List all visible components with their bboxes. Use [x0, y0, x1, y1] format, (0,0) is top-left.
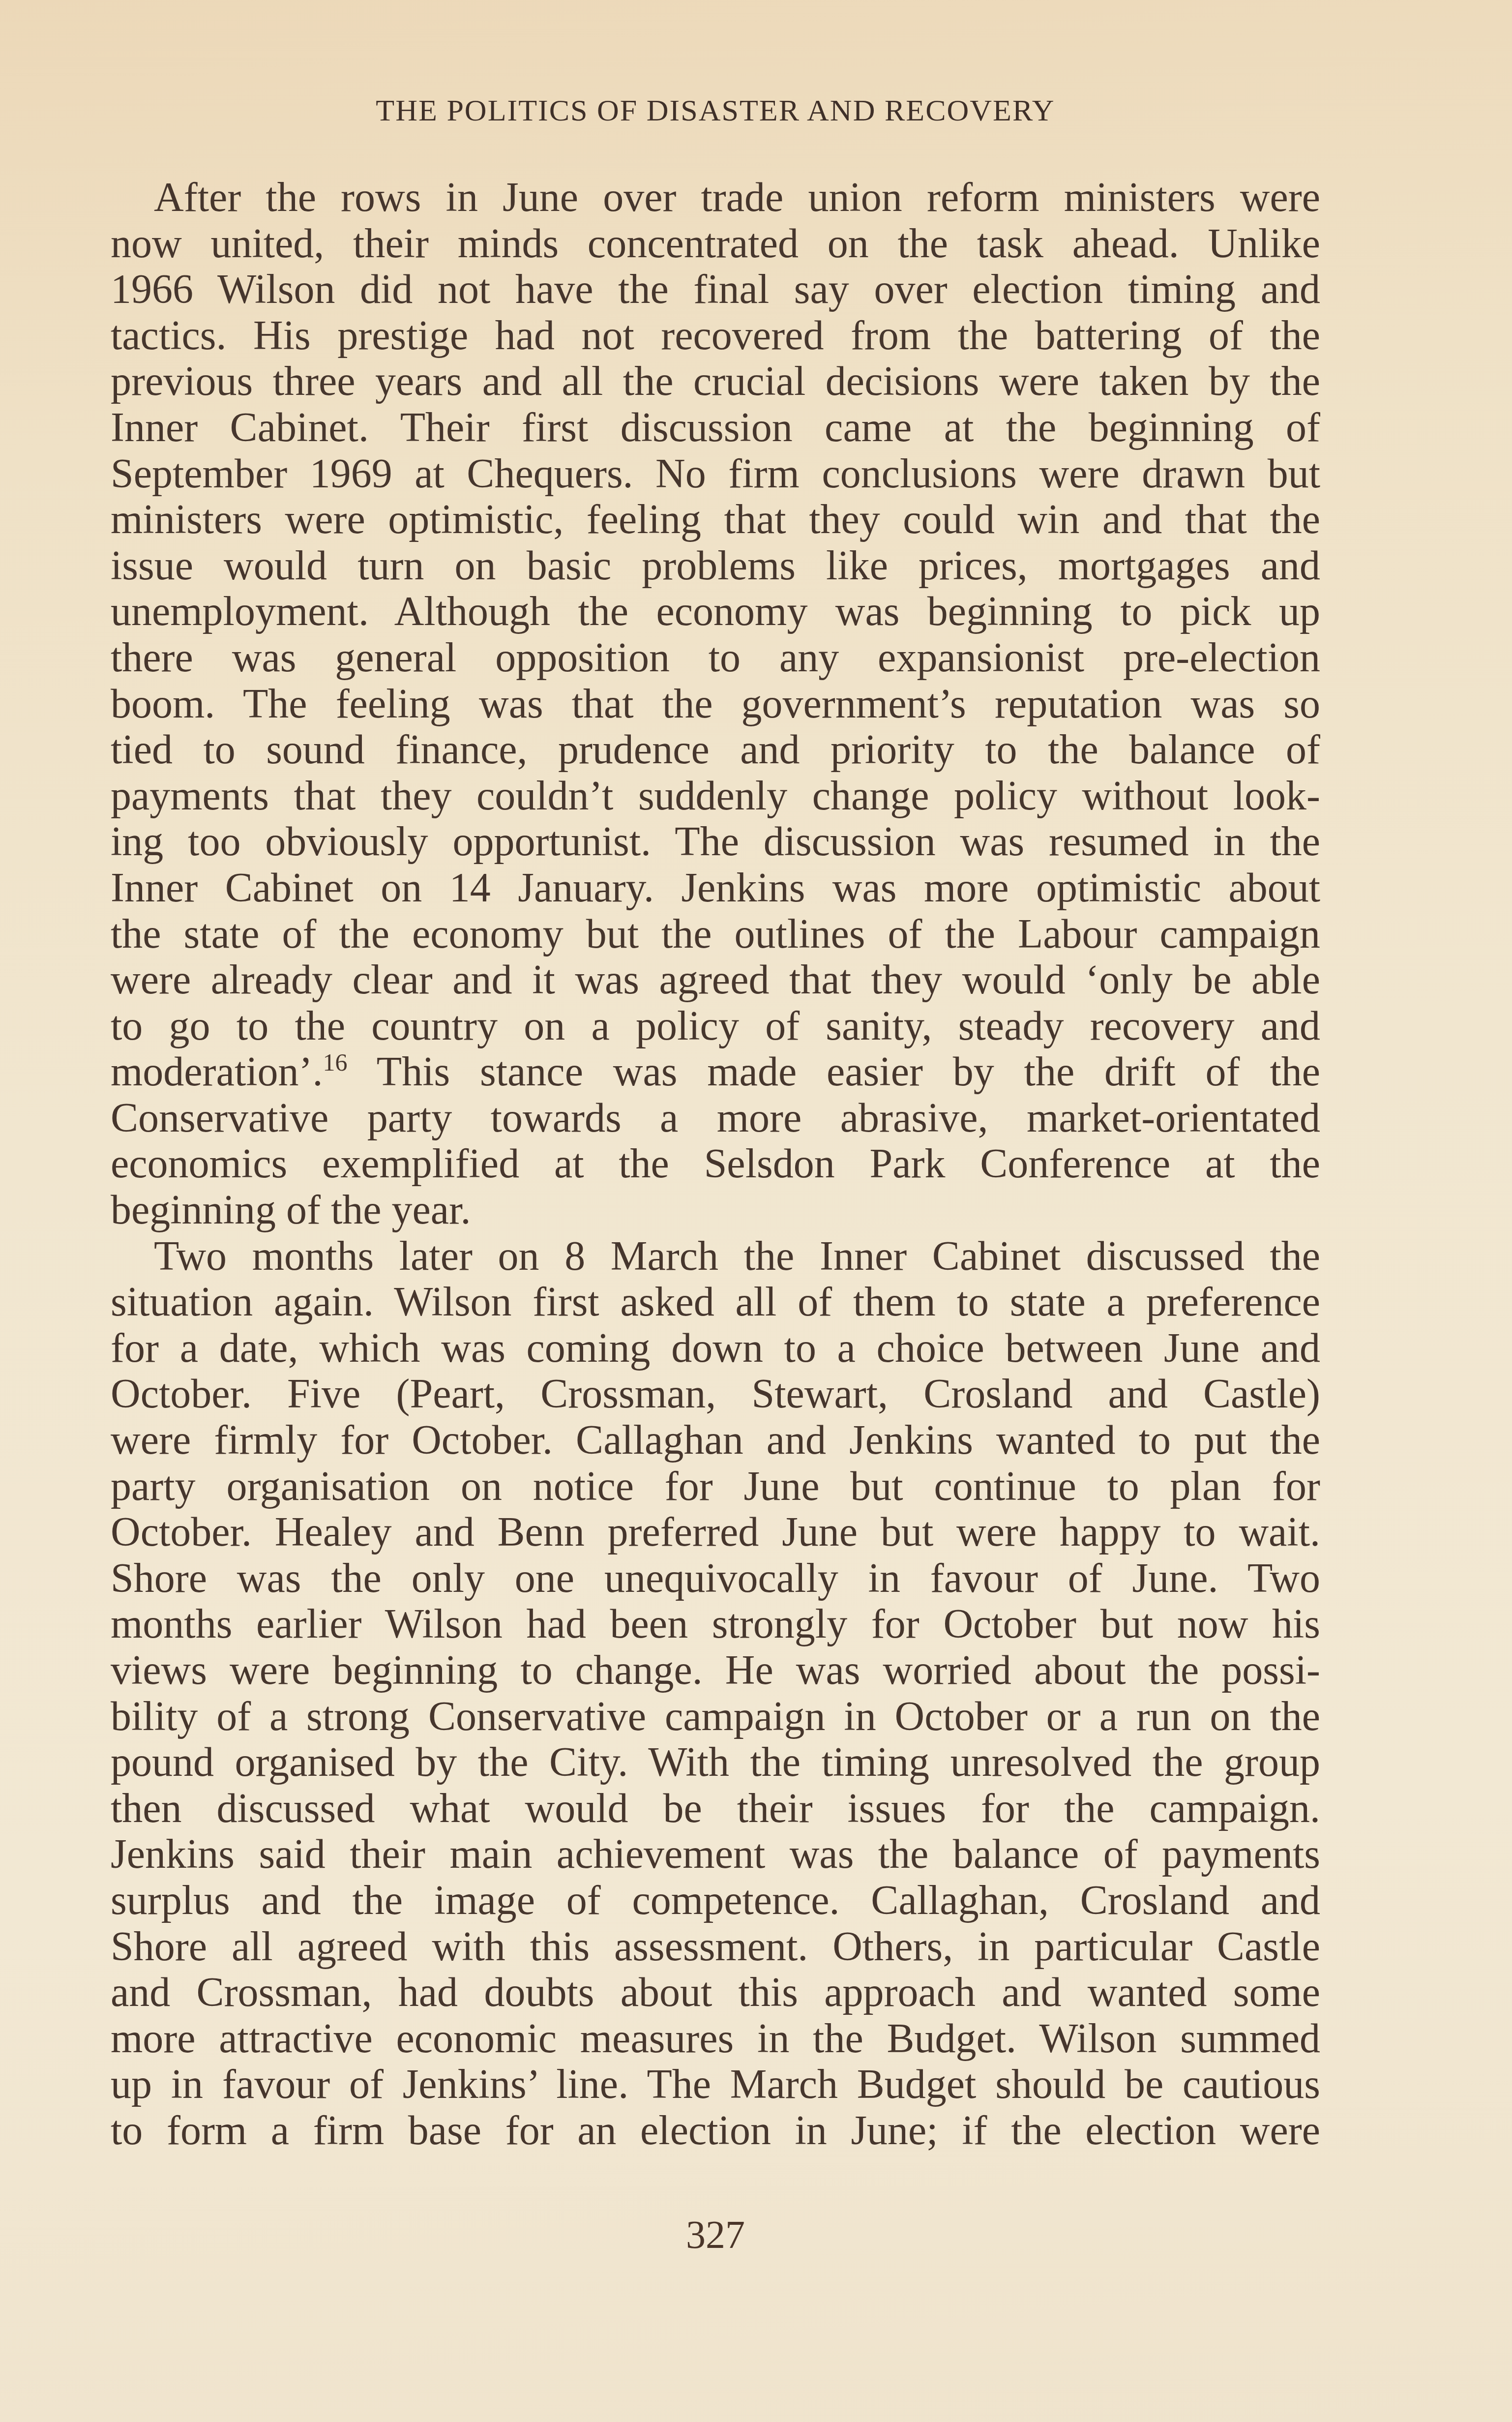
text-line: October. Healey and Benn preferred June … — [111, 1509, 1320, 1555]
text-line: were firmly for October. Callaghan and J… — [111, 1417, 1320, 1464]
text-line: September 1969 at Chequers. No firm conc… — [111, 451, 1320, 497]
text-line: more attractive economic measures in the… — [111, 2016, 1320, 2062]
text-line: After the rows in June over trade union … — [111, 175, 1320, 221]
paragraph-2: Two months later on 8 March the Inner Ca… — [111, 1233, 1320, 2154]
text-line: then discussed what would be their issue… — [111, 1786, 1320, 1832]
text-line: Jenkins said their main achievement was … — [111, 1831, 1320, 1878]
text-line: Inner Cabinet on 14 January. Jenkins was… — [111, 865, 1320, 911]
text-line: to form a firm base for an election in J… — [111, 2108, 1320, 2154]
text-line: previous three years and all the crucial… — [111, 359, 1320, 405]
text-line: were already clear and it was agreed tha… — [111, 957, 1320, 1003]
text-line: ing too obviously opportunist. The discu… — [111, 819, 1320, 865]
body-text: After the rows in June over trade union … — [111, 175, 1320, 2154]
text-line: Shore all agreed with this assessment. O… — [111, 1924, 1320, 1970]
text-line: the state of the economy but the outline… — [111, 911, 1320, 957]
text-line: there was general opposition to any expa… — [111, 635, 1320, 681]
text-line: situation again. Wilson first asked all … — [111, 1279, 1320, 1325]
text-line: Conservative party towards a more abrasi… — [111, 1095, 1320, 1141]
text-line: ministers were optimistic, feeling that … — [111, 497, 1320, 543]
text-line: pound organised by the City. With the ti… — [111, 1739, 1320, 1786]
text-line: Inner Cabinet. Their first discussion ca… — [111, 405, 1320, 451]
text-line: bility of a strong Conservative campaign… — [111, 1694, 1320, 1740]
text-line: 1966 Wilson did not have the final say o… — [111, 267, 1320, 313]
text-line: to go to the country on a policy of sani… — [111, 1003, 1320, 1049]
text-line: views were beginning to change. He was w… — [111, 1647, 1320, 1694]
text-line: unemployment. Although the economy was b… — [111, 589, 1320, 635]
book-page: THE POLITICS OF DISASTER AND RECOVERY Af… — [111, 0, 1320, 2422]
text-line: tactics. His prestige had not recovered … — [111, 313, 1320, 359]
text-line-with-footnote: moderation’.16 This stance was made easi… — [111, 1049, 1320, 1095]
text-line: payments that they couldn’t suddenly cha… — [111, 773, 1320, 819]
text-line: now united, their minds concentrated on … — [111, 221, 1320, 267]
text-line: and Crossman, had doubts about this appr… — [111, 1970, 1320, 2016]
footnote-reference: 16 — [323, 1048, 348, 1076]
continued-text: This stance was made easier by the drift… — [348, 1049, 1320, 1095]
running-header: THE POLITICS OF DISASTER AND RECOVERY — [111, 93, 1320, 128]
text-line: boom. The feeling was that the governmen… — [111, 681, 1320, 727]
text-line: party organisation on notice for June bu… — [111, 1464, 1320, 1510]
text-line: Shore was the only one unequivocally in … — [111, 1555, 1320, 1602]
text-line: tied to sound finance, prudence and prio… — [111, 727, 1320, 773]
page-number: 327 — [111, 2213, 1320, 2258]
text-line: Two months later on 8 March the Inner Ca… — [111, 1233, 1320, 1280]
text-line: October. Five (Peart, Crossman, Stewart,… — [111, 1371, 1320, 1417]
text-line: surplus and the image of competence. Cal… — [111, 1878, 1320, 1924]
quote-end-text: moderation’. — [111, 1049, 323, 1095]
text-line: beginning of the year. — [111, 1187, 1320, 1233]
text-line: economics exemplified at the Selsdon Par… — [111, 1141, 1320, 1187]
text-line: up in favour of Jenkins’ line. The March… — [111, 2062, 1320, 2108]
text-line: for a date, which was coming down to a c… — [111, 1325, 1320, 1372]
text-line: months earlier Wilson had been strongly … — [111, 1601, 1320, 1647]
text-line: issue would turn on basic problems like … — [111, 543, 1320, 589]
paragraph-1: After the rows in June over trade union … — [111, 175, 1320, 1233]
